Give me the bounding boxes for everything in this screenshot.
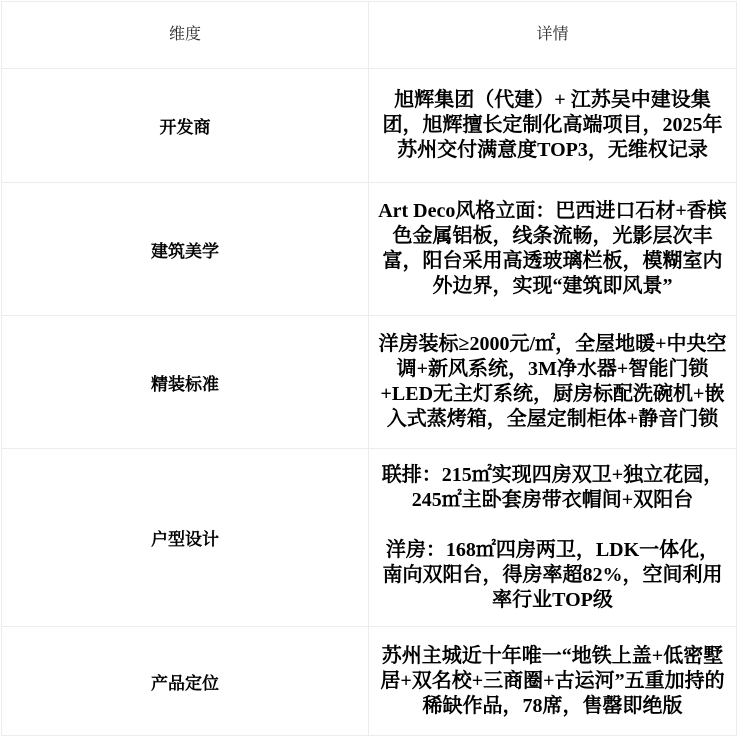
table-row-aesthetics: 建筑美学 Art Deco风格立面：巴西进口石材+香槟色金属铝板，线条流畅，光影… [2,183,736,316]
table-row-floorplan-design: 户型设计 联排：215㎡实现四房双卫+独立花园，245㎡主卧套房带衣帽间+双阳台… [2,449,736,627]
detail-paragraph: 洋房：168㎡四房两卫，LDK一体化，南向双阳台，得房率超82%，空间利用率行业… [378,538,727,613]
detail-paragraph: 旭辉集团（代建）+ 江苏吴中建设集团，旭辉擅长定制化高端项目，2025年苏州交付… [378,88,727,163]
detail-paragraph: 联排：215㎡实现四房双卫+独立花园，245㎡主卧套房带衣帽间+双阳台 [378,463,727,513]
header-detail: 详情 [369,2,736,68]
property-comparison-table: 维度 详情 开发商 旭辉集团（代建）+ 江苏吴中建设集团，旭辉擅长定制化高端项目… [1,1,737,736]
row-detail-floorplan-design: 联排：215㎡实现四房双卫+独立花园，245㎡主卧套房带衣帽间+双阳台 洋房：1… [369,449,736,626]
row-label-product-positioning: 产品定位 [2,627,369,735]
row-detail-developer: 旭辉集团（代建）+ 江苏吴中建设集团，旭辉擅长定制化高端项目，2025年苏州交付… [369,69,736,182]
row-label-developer: 开发商 [2,69,369,182]
table-header-row: 维度 详情 [2,2,736,69]
table-row-decoration-standard: 精装标准 洋房装标≥2000元/㎡，全屋地暖+中央空调+新风系统，3M净水器+智… [2,316,736,449]
row-detail-decoration-standard: 洋房装标≥2000元/㎡，全屋地暖+中央空调+新风系统，3M净水器+智能门锁+L… [369,316,736,448]
row-detail-aesthetics: Art Deco风格立面：巴西进口石材+香槟色金属铝板，线条流畅，光影层次丰富，… [369,183,736,315]
row-label-aesthetics: 建筑美学 [2,183,369,315]
detail-paragraph: 洋房装标≥2000元/㎡，全屋地暖+中央空调+新风系统，3M净水器+智能门锁+L… [378,332,727,432]
row-detail-product-positioning: 苏州主城近十年唯一“地铁上盖+低密墅居+双名校+三商圈+古运河”五重加持的稀缺作… [369,627,736,735]
detail-paragraph: Art Deco风格立面：巴西进口石材+香槟色金属铝板，线条流畅，光影层次丰富，… [378,199,727,299]
page: 维度 详情 开发商 旭辉集团（代建）+ 江苏吴中建设集团，旭辉擅长定制化高端项目… [0,0,740,738]
detail-paragraph: 苏州主城近十年唯一“地铁上盖+低密墅居+双名校+三商圈+古运河”五重加持的稀缺作… [378,644,727,719]
table-row-developer: 开发商 旭辉集团（代建）+ 江苏吴中建设集团，旭辉擅长定制化高端项目，2025年… [2,69,736,183]
header-dimension: 维度 [2,2,369,68]
row-label-decoration-standard: 精装标准 [2,316,369,448]
row-label-floorplan-design: 户型设计 [2,449,369,626]
table-row-product-positioning: 产品定位 苏州主城近十年唯一“地铁上盖+低密墅居+双名校+三商圈+古运河”五重加… [2,627,736,735]
